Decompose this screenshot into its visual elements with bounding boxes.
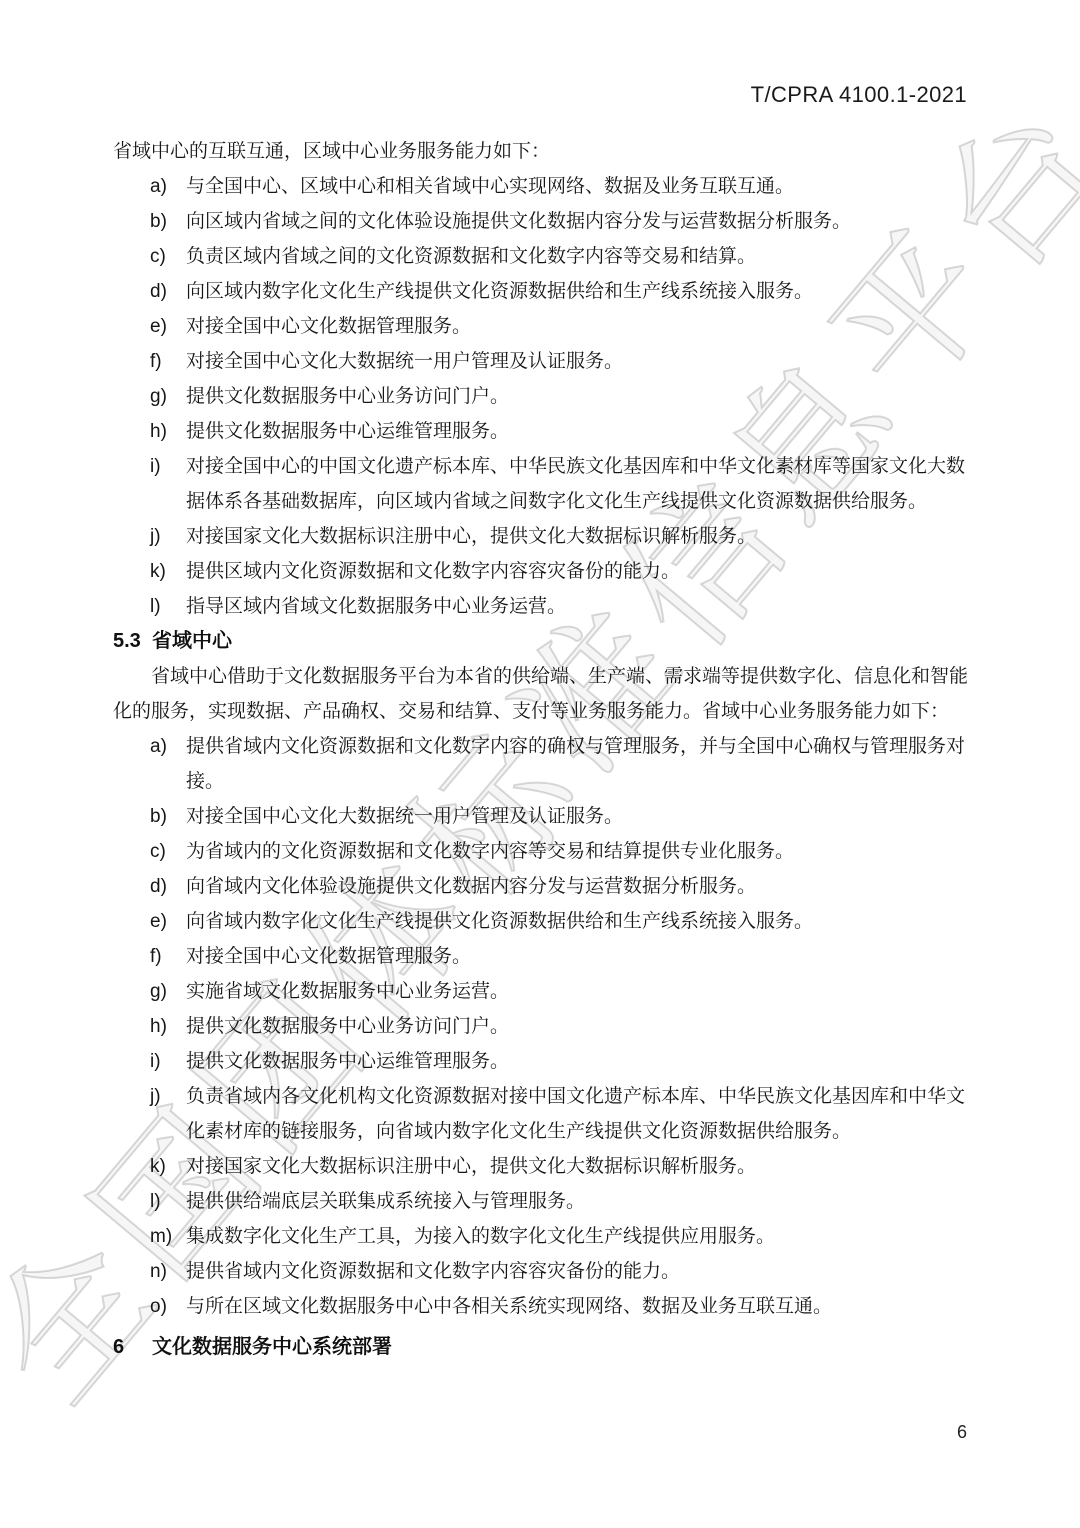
list-marker: o) xyxy=(150,1289,186,1324)
list-text: 提供文化数据服务中心运维管理服务。 xyxy=(186,1044,973,1079)
list-item: i)对接全国中心的中国文化遗产标本库、中华民族文化基因库和中华文化素材库等国家文… xyxy=(113,449,973,519)
list-item: b)对接全国中心文化大数据统一用户管理及认证服务。 xyxy=(113,799,973,834)
list-text: 为省域内的文化资源数据和文化数字内容等交易和结算提供专业化服务。 xyxy=(186,834,973,869)
list-item: c)为省域内的文化资源数据和文化数字内容等交易和结算提供专业化服务。 xyxy=(113,834,973,869)
list-text: 对接全国中心文化数据管理服务。 xyxy=(186,939,973,974)
list-text: 负责省域内各文化机构文化资源数据对接中国文化遗产标本库、中华民族文化基因库和中华… xyxy=(186,1079,973,1149)
list-text: 集成数字化文化生产工具，为接入的数字化文化生产线提供应用服务。 xyxy=(186,1219,973,1254)
list-marker: e) xyxy=(150,309,186,344)
list-marker: k) xyxy=(150,554,186,589)
list-text: 向省域内数字化文化生产线提供文化资源数据供给和生产线系统接入服务。 xyxy=(186,904,973,939)
list-text: 对接全国中心文化大数据统一用户管理及认证服务。 xyxy=(186,799,973,834)
list-item: j)对接国家文化大数据标识注册中心，提供文化大数据标识解析服务。 xyxy=(113,519,973,554)
list-marker: b) xyxy=(150,204,186,239)
section-title: 省域中心 xyxy=(152,624,232,659)
list-text: 指导区域内省域文化数据服务中心业务运营。 xyxy=(186,589,973,624)
list-text: 提供供给端底层关联集成系统接入与管理服务。 xyxy=(186,1184,973,1219)
list-text: 向区域内数字化文化生产线提供文化资源数据供给和生产线系统接入服务。 xyxy=(186,274,973,309)
list-marker: a) xyxy=(150,169,186,204)
list-marker: g) xyxy=(150,379,186,414)
list-text: 向区域内省域之间的文化体验设施提供文化数据内容分发与运营数据分析服务。 xyxy=(186,204,973,239)
list-marker: e) xyxy=(150,904,186,939)
intro-paragraph: 省域中心的互联互通，区域中心业务服务能力如下： xyxy=(113,134,973,169)
list-item: j)负责省域内各文化机构文化资源数据对接中国文化遗产标本库、中华民族文化基因库和… xyxy=(113,1079,973,1149)
list-text: 对接国家文化大数据标识注册中心，提供文化大数据标识解析服务。 xyxy=(186,519,973,554)
list-marker: b) xyxy=(150,799,186,834)
list-item: a)与全国中心、区域中心和相关省域中心实现网络、数据及业务互联互通。 xyxy=(113,169,973,204)
list-item: m)集成数字化文化生产工具，为接入的数字化文化生产线提供应用服务。 xyxy=(113,1219,973,1254)
list-item: k)对接国家文化大数据标识注册中心，提供文化大数据标识解析服务。 xyxy=(113,1149,973,1184)
province-center-capability-list: a)提供省域内文化资源数据和文化数字内容的确权与管理服务，并与全国中心确权与管理… xyxy=(113,729,973,1324)
list-marker: l) xyxy=(150,589,186,624)
list-item: a)提供省域内文化资源数据和文化数字内容的确权与管理服务，并与全国中心确权与管理… xyxy=(113,729,973,799)
list-item: d)向区域内数字化文化生产线提供文化资源数据供给和生产线系统接入服务。 xyxy=(113,274,973,309)
list-item: e)向省域内数字化文化生产线提供文化资源数据供给和生产线系统接入服务。 xyxy=(113,904,973,939)
list-item: n)提供省域内文化资源数据和文化数字内容容灾备份的能力。 xyxy=(113,1254,973,1289)
list-item: f)对接全国中心文化大数据统一用户管理及认证服务。 xyxy=(113,344,973,379)
list-text: 对接国家文化大数据标识注册中心，提供文化大数据标识解析服务。 xyxy=(186,1149,973,1184)
list-marker: a) xyxy=(150,729,186,799)
list-marker: j) xyxy=(150,1079,186,1149)
list-item: d)向省域内文化体验设施提供文化数据内容分发与运营数据分析服务。 xyxy=(113,869,973,904)
list-item: k)提供区域内文化资源数据和文化数字内容容灾备份的能力。 xyxy=(113,554,973,589)
list-text: 提供省域内文化资源数据和文化数字内容容灾备份的能力。 xyxy=(186,1254,973,1289)
section-title: 文化数据服务中心系统部署 xyxy=(152,1330,392,1365)
list-marker: i) xyxy=(150,1044,186,1079)
page-number: 6 xyxy=(957,1422,967,1443)
list-marker: k) xyxy=(150,1149,186,1184)
list-marker: i) xyxy=(150,449,186,519)
list-text: 对接全国中心文化大数据统一用户管理及认证服务。 xyxy=(186,344,973,379)
list-item: g)提供文化数据服务中心业务访问门户。 xyxy=(113,379,973,414)
list-text: 负责区域内省域之间的文化资源数据和文化数字内容等交易和结算。 xyxy=(186,239,973,274)
list-marker: j) xyxy=(150,519,186,554)
list-item: e)对接全国中心文化数据管理服务。 xyxy=(113,309,973,344)
list-marker: f) xyxy=(150,344,186,379)
list-item: l)指导区域内省域文化数据服务中心业务运营。 xyxy=(113,589,973,624)
list-marker: d) xyxy=(150,274,186,309)
section-number: 6 xyxy=(113,1330,152,1365)
list-marker: c) xyxy=(150,239,186,274)
standard-number-header: T/CPRA 4100.1-2021 xyxy=(751,82,967,108)
list-text: 实施省域文化数据服务中心业务运营。 xyxy=(186,974,973,1009)
list-text: 向省域内文化体验设施提供文化数据内容分发与运营数据分析服务。 xyxy=(186,869,973,904)
list-text: 提供区域内文化资源数据和文化数字内容容灾备份的能力。 xyxy=(186,554,973,589)
section-number: 5.3 xyxy=(113,624,152,659)
list-item: f)对接全国中心文化数据管理服务。 xyxy=(113,939,973,974)
page-content: 省域中心的互联互通，区域中心业务服务能力如下： a)与全国中心、区域中心和相关省… xyxy=(113,134,973,1365)
list-item: l)提供供给端底层关联集成系统接入与管理服务。 xyxy=(113,1184,973,1219)
list-marker: l) xyxy=(150,1184,186,1219)
list-text: 提供省域内文化资源数据和文化数字内容的确权与管理服务，并与全国中心确权与管理服务… xyxy=(186,729,973,799)
list-item: b)向区域内省域之间的文化体验设施提供文化数据内容分发与运营数据分析服务。 xyxy=(113,204,973,239)
list-text: 对接全国中心的中国文化遗产标本库、中华民族文化基因库和中华文化素材库等国家文化大… xyxy=(186,449,973,519)
list-text: 与所在区域文化数据服务中心中各相关系统实现网络、数据及业务互联互通。 xyxy=(186,1289,973,1324)
list-text: 对接全国中心文化数据管理服务。 xyxy=(186,309,973,344)
list-marker: d) xyxy=(150,869,186,904)
list-text: 提供文化数据服务中心运维管理服务。 xyxy=(186,414,973,449)
section-5-3-heading: 5.3 省域中心 xyxy=(113,624,973,659)
list-marker: m) xyxy=(150,1219,186,1254)
region-center-capability-list: a)与全国中心、区域中心和相关省域中心实现网络、数据及业务互联互通。 b)向区域… xyxy=(113,169,973,624)
list-item: o)与所在区域文化数据服务中心中各相关系统实现网络、数据及业务互联互通。 xyxy=(113,1289,973,1324)
list-item: i)提供文化数据服务中心运维管理服务。 xyxy=(113,1044,973,1079)
list-marker: f) xyxy=(150,939,186,974)
list-marker: h) xyxy=(150,414,186,449)
list-marker: c) xyxy=(150,834,186,869)
list-marker: g) xyxy=(150,974,186,1009)
list-text: 与全国中心、区域中心和相关省域中心实现网络、数据及业务互联互通。 xyxy=(186,169,973,204)
list-text: 提供文化数据服务中心业务访问门户。 xyxy=(186,379,973,414)
section-6-heading: 6 文化数据服务中心系统部署 xyxy=(113,1330,973,1365)
list-text: 提供文化数据服务中心业务访问门户。 xyxy=(186,1009,973,1044)
section-5-3-paragraph: 省域中心借助于文化数据服务平台为本省的供给端、生产端、需求端等提供数字化、信息化… xyxy=(113,659,973,729)
list-item: h)提供文化数据服务中心业务访问门户。 xyxy=(113,1009,973,1044)
list-marker: h) xyxy=(150,1009,186,1044)
list-item: c)负责区域内省域之间的文化资源数据和文化数字内容等交易和结算。 xyxy=(113,239,973,274)
list-item: h)提供文化数据服务中心运维管理服务。 xyxy=(113,414,973,449)
list-item: g)实施省域文化数据服务中心业务运营。 xyxy=(113,974,973,1009)
document-page: 全国团体标准信息平台 T/CPRA 4100.1-2021 省域中心的互联互通，… xyxy=(0,0,1080,1528)
list-marker: n) xyxy=(150,1254,186,1289)
